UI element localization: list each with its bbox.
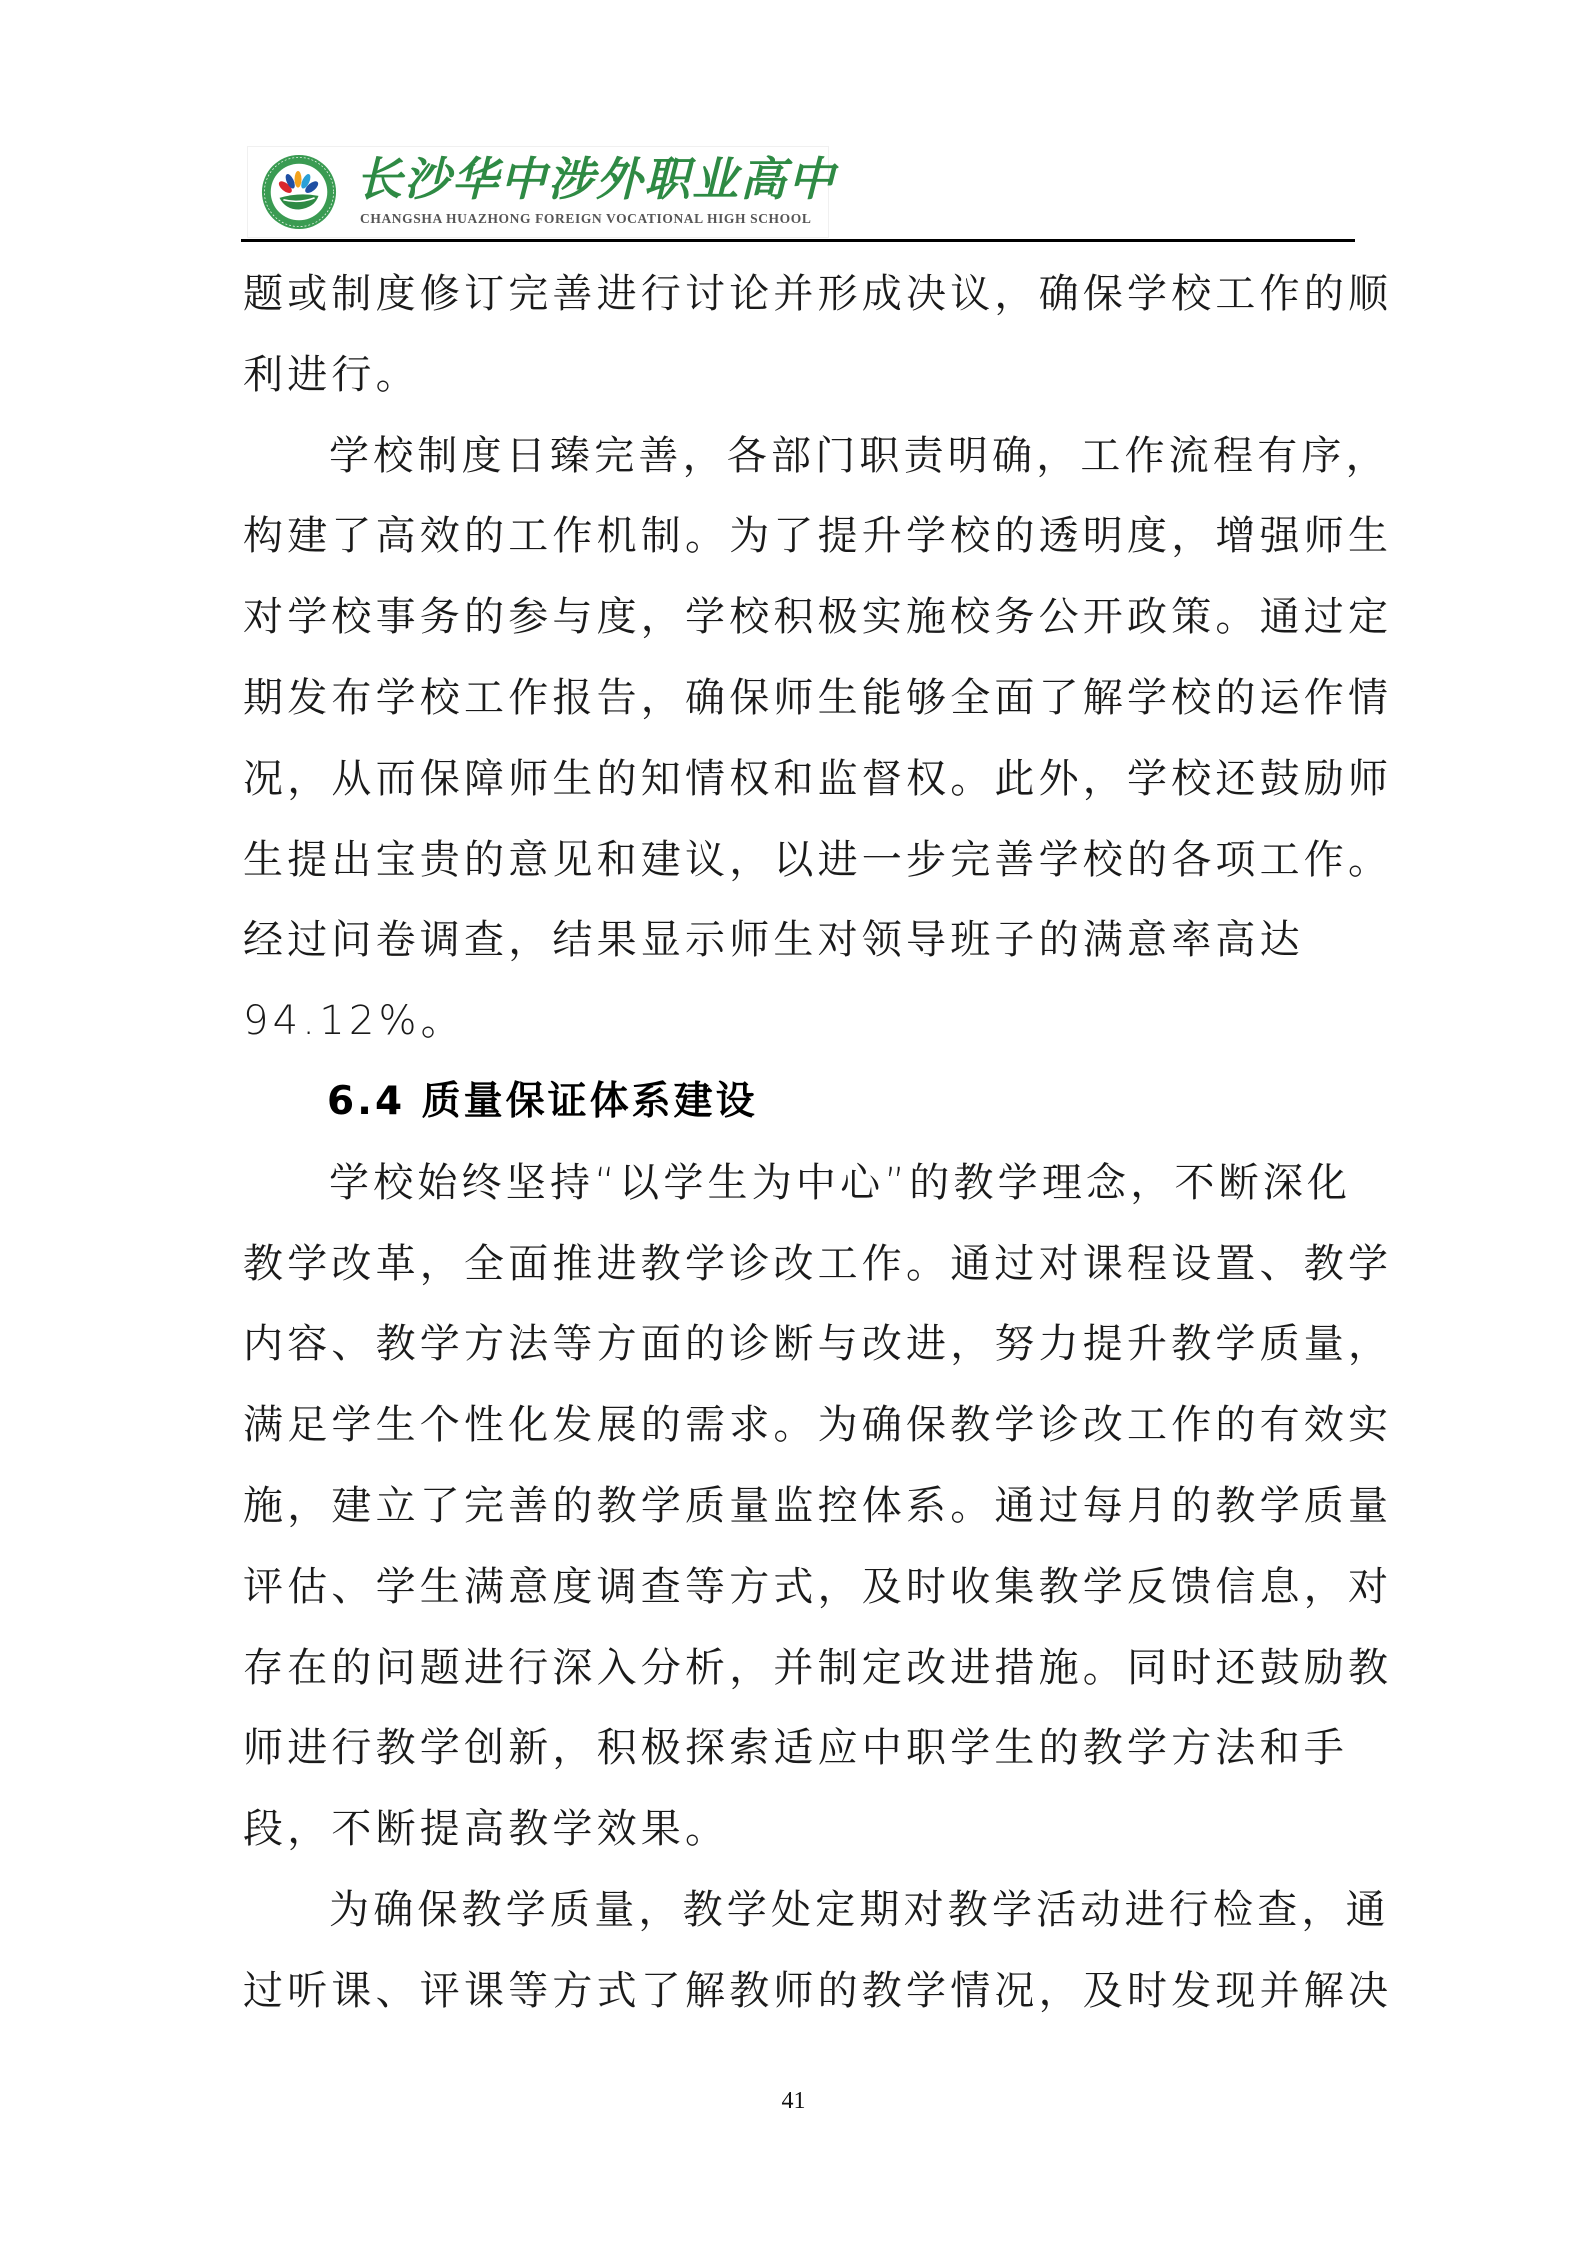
text-line: 题或制度修订完善进行讨论并形成决议，确保学校工作的顺 [243,254,1353,335]
text-line: 教学改革，全面推进教学诊改工作。通过对课程设置、教学 [243,1224,1353,1305]
text-line: 存在的问题进行深入分析，并制定改进措施。同时还鼓励教 [243,1628,1353,1709]
text-line: 构建了高效的工作机制。为了提升学校的透明度，增强师生 [243,496,1353,577]
paragraph-3: 学校始终坚持“以学生为中心”的教学理念，不断深化 教学改革，全面推进教学诊改工作… [243,1143,1353,1870]
text-line: 况，从而保障师生的知情权和监督权。此外，学校还鼓励师 [243,739,1353,820]
school-name-en: CHANGSHA HUAZHONG FOREIGN VOCATIONAL HIG… [360,211,811,227]
text-line: 生提出宝贵的意见和建议，以进一步完善学校的各项工作。 [243,820,1353,901]
school-logo: 长沙华中涉外职业高中 CHANGSHA HUAZHONG FOREIGN VOC… [247,146,829,238]
text-line: 94.12%。 [243,981,1353,1062]
text-line: 评估、学生满意度调查等方式，及时收集教学反馈信息，对 [243,1547,1353,1628]
text-line: 经过问卷调查，结果显示师生对领导班子的满意率高达 [243,900,1353,981]
paragraph-1: 题或制度修订完善进行讨论并形成决议，确保学校工作的顺 利进行。 [243,254,1353,416]
text-line: 利进行。 [243,335,1353,416]
school-name-cn: 长沙华中涉外职业高中 [356,151,836,207]
paragraph-4: 为确保教学质量，教学处定期对教学活动进行检查，通 过听课、评课等方式了解教师的教… [243,1870,1353,2032]
text-line: 施，建立了完善的教学质量监控体系。通过每月的教学质量 [243,1466,1353,1547]
header-divider [241,239,1355,242]
page-header: 长沙华中涉外职业高中 CHANGSHA HUAZHONG FOREIGN VOC… [241,140,1355,242]
school-emblem-icon [260,153,338,231]
text-line: 内容、教学方法等方面的诊断与改进，努力提升教学质量， [243,1304,1353,1385]
paragraph-2: 学校制度日臻完善，各部门职责明确，工作流程有序， 构建了高效的工作机制。为了提升… [243,416,1353,1062]
text-line: 学校始终坚持“以学生为中心”的教学理念，不断深化 [243,1143,1353,1224]
text-line: 过听课、评课等方式了解教师的教学情况，及时发现并解决 [243,1951,1353,2032]
text-line: 为确保教学质量，教学处定期对教学活动进行检查，通 [243,1870,1353,1951]
text-line: 师进行教学创新，积极探索适应中职学生的教学方法和手 [243,1708,1353,1789]
text-line: 段，不断提高教学效果。 [243,1789,1353,1870]
document-body: 题或制度修订完善进行讨论并形成决议，确保学校工作的顺 利进行。 学校制度日臻完善… [243,254,1353,2032]
text-line: 对学校事务的参与度，学校积极实施校务公开政策。通过定 [243,577,1353,658]
section-heading: 6.4 质量保证体系建设 [243,1062,1353,1143]
text-line: 期发布学校工作报告，确保师生能够全面了解学校的运作情 [243,658,1353,739]
page-number: 41 [0,2088,1587,2115]
text-line: 学校制度日臻完善，各部门职责明确，工作流程有序， [243,416,1353,497]
text-line: 满足学生个性化发展的需求。为确保教学诊改工作的有效实 [243,1385,1353,1466]
